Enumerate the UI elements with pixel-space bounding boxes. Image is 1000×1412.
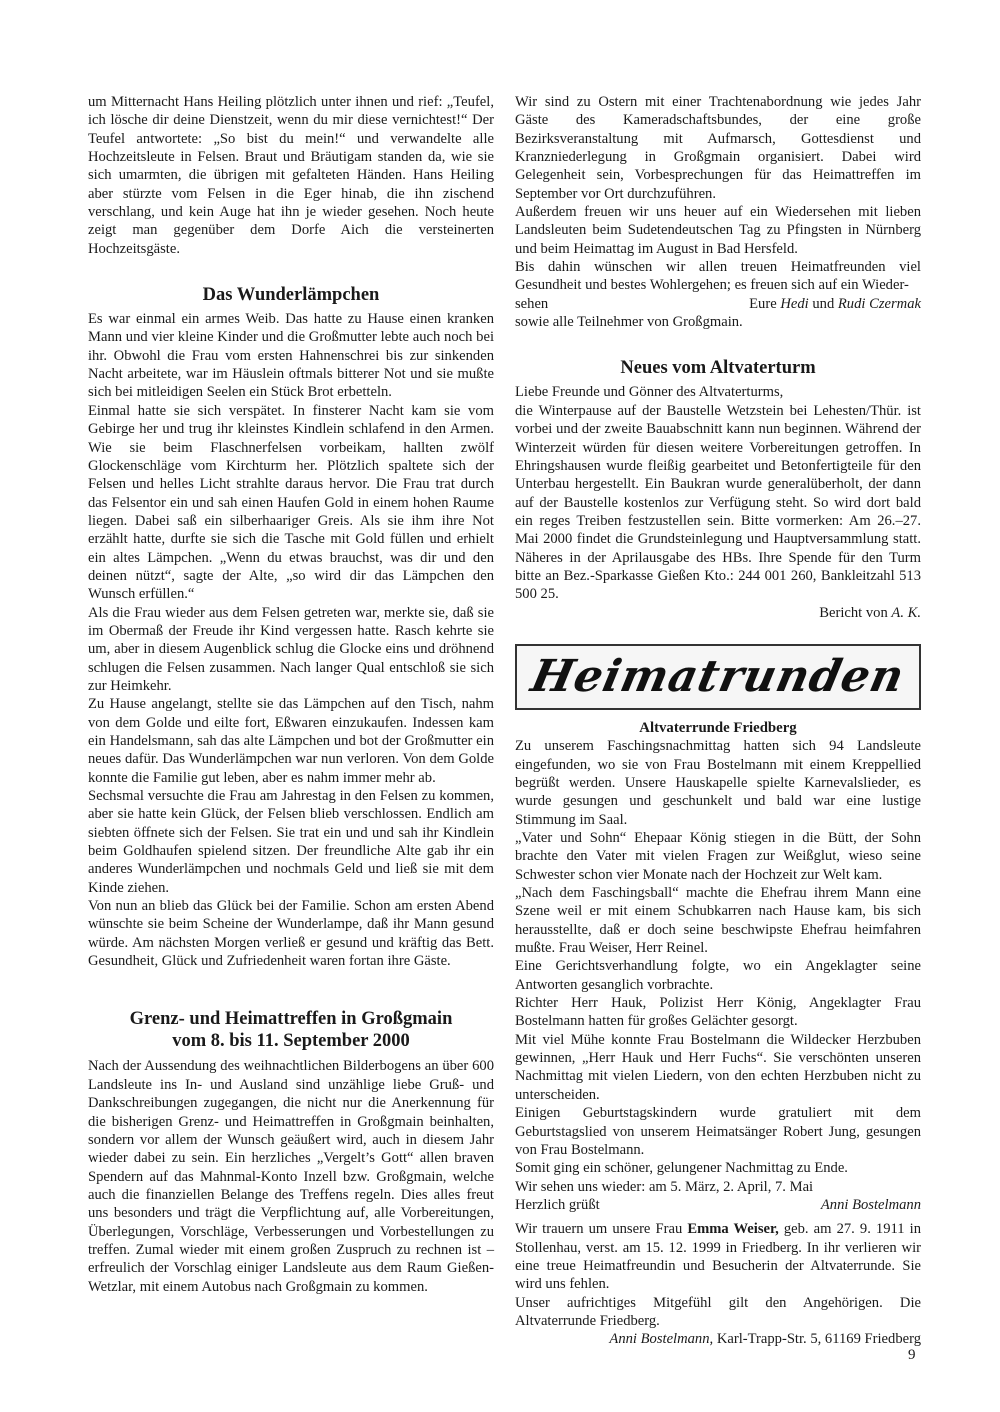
obituary-name: Emma Weiser, xyxy=(687,1221,778,1237)
signature-tail: sowie alle Teilnehmer von Großgmain. xyxy=(515,313,921,331)
wunder-paragraph: Von nun an blieb das Glück bei der Famil… xyxy=(88,897,494,970)
heading-wunderlaempchen: Das Wunderlämpchen xyxy=(88,284,494,306)
wunder-paragraph: Sechsmal versuchte die Frau am Jahrestag… xyxy=(88,787,494,897)
obituary-paragraph: Wir trauern um unsere Frau Emma Weiser, … xyxy=(515,1220,921,1293)
right-column: Wir sind zu Ostern mit einer Trachtenabo… xyxy=(515,93,921,1349)
altvaterturm-paragraph: die Winterpause auf der Baustelle Wetzst… xyxy=(515,402,921,604)
signature-name-rudi: Rudi Czermak xyxy=(838,296,921,312)
wunder-paragraph: Als die Frau wieder aus dem Felsen getre… xyxy=(88,604,494,696)
grenztreffen-paragraph: Nach der Aussendung des weihnachtlichen … xyxy=(88,1057,494,1295)
page-number: 9 xyxy=(908,1347,916,1364)
altvaterturm-report-credit: Bericht von A. K. xyxy=(515,604,921,622)
final-signature: Anni Bostelmann, Karl-Trapp-Str. 5, 6116… xyxy=(515,1330,921,1348)
altvaterrunde-paragraph: Mit viel Mühe konnte Frau Bostelmann die… xyxy=(515,1031,921,1104)
heading-altvaterrunde-friedberg: Altvaterrunde Friedberg xyxy=(515,719,921,737)
greeting-name: Anni Bostelmann xyxy=(821,1196,921,1214)
final-signature-name: Anni Bostelmann, xyxy=(609,1331,713,1347)
report-author: A. K. xyxy=(891,605,921,621)
heading-grenztreffen-line1: Grenz- und Heimattreffen in Großgmain xyxy=(130,1009,453,1029)
heading-grenztreffen-line2: vom 8. bis 11. September 2000 xyxy=(172,1031,410,1051)
altvaterrunde-paragraph: Richter Herr Hauk, Polizist Herr König, … xyxy=(515,994,921,1031)
altvaterrunde-paragraph: Somit ging ein schöner, gelungener Nachm… xyxy=(515,1159,921,1177)
signature-sehen: sehen xyxy=(515,295,548,313)
heimatrunden-banner: Heimatrunden xyxy=(515,644,921,710)
story-intro-paragraph: um Mitternacht Hans Heiling plötzlich un… xyxy=(88,93,494,258)
altvaterrunde-paragraph: „Nach dem Faschingsball“ machte die Ehef… xyxy=(515,884,921,957)
wunder-paragraph: Einmal hatte sie sich verspätet. In fins… xyxy=(88,402,494,604)
grenztreffen-continued-paragraph: Wir sind zu Ostern mit einer Trachtenabo… xyxy=(515,93,921,203)
heading-grenztreffen: Grenz- und Heimattreffen in Großgmain vo… xyxy=(88,1008,494,1052)
greeting-text: Herzlich grüßt xyxy=(515,1196,600,1214)
altvaterrunde-paragraph: „Vater und Sohn“ Ehepaar König stiegen i… xyxy=(515,829,921,884)
altvaterrunde-paragraph: Einigen Geburtstagskindern wurde gratuli… xyxy=(515,1104,921,1159)
final-signature-address: Karl-Trapp-Str. 5, 61169 Friedberg xyxy=(713,1331,921,1347)
altvaterrunde-paragraph: Zu unserem Faschingsnachmittag hatten si… xyxy=(515,737,921,829)
wunder-paragraph: Es war einmal ein armes Weib. Das hatte … xyxy=(88,310,494,402)
signature-names: Eure Hedi und Rudi Czermak xyxy=(749,295,921,313)
signature-name-hedi: Hedi xyxy=(780,296,808,312)
altvaterrunde-greeting: Herzlich grüßt Anni Bostelmann xyxy=(515,1196,921,1214)
grenztreffen-continued-paragraph: Außerdem freuen wir uns heuer auf ein Wi… xyxy=(515,203,921,258)
altvaterturm-greeting: Liebe Freunde und Gönner des Altvatertur… xyxy=(515,383,921,401)
grenztreffen-signature: sehen Eure Hedi und Rudi Czermak xyxy=(515,295,921,313)
condolence-paragraph: Unser aufrichtiges Mitgefühl gilt den An… xyxy=(515,1294,921,1331)
banner-title: Heimatrunden xyxy=(530,668,905,686)
altvaterrunde-paragraph: Wir sehen uns wieder: am 5. März, 2. Apr… xyxy=(515,1178,921,1196)
left-column: um Mitternacht Hans Heiling plötzlich un… xyxy=(88,93,494,1296)
altvaterrunde-paragraph: Eine Gerichtsverhandlung folgte, wo ein … xyxy=(515,957,921,994)
grenztreffen-continued-paragraph: Bis dahin wünschen wir allen treuen Heim… xyxy=(515,258,921,295)
heading-altvaterturm: Neues vom Altvaterturm xyxy=(515,357,921,379)
wunder-paragraph: Zu Hause angelangt, stellte sie das Lämp… xyxy=(88,695,494,787)
